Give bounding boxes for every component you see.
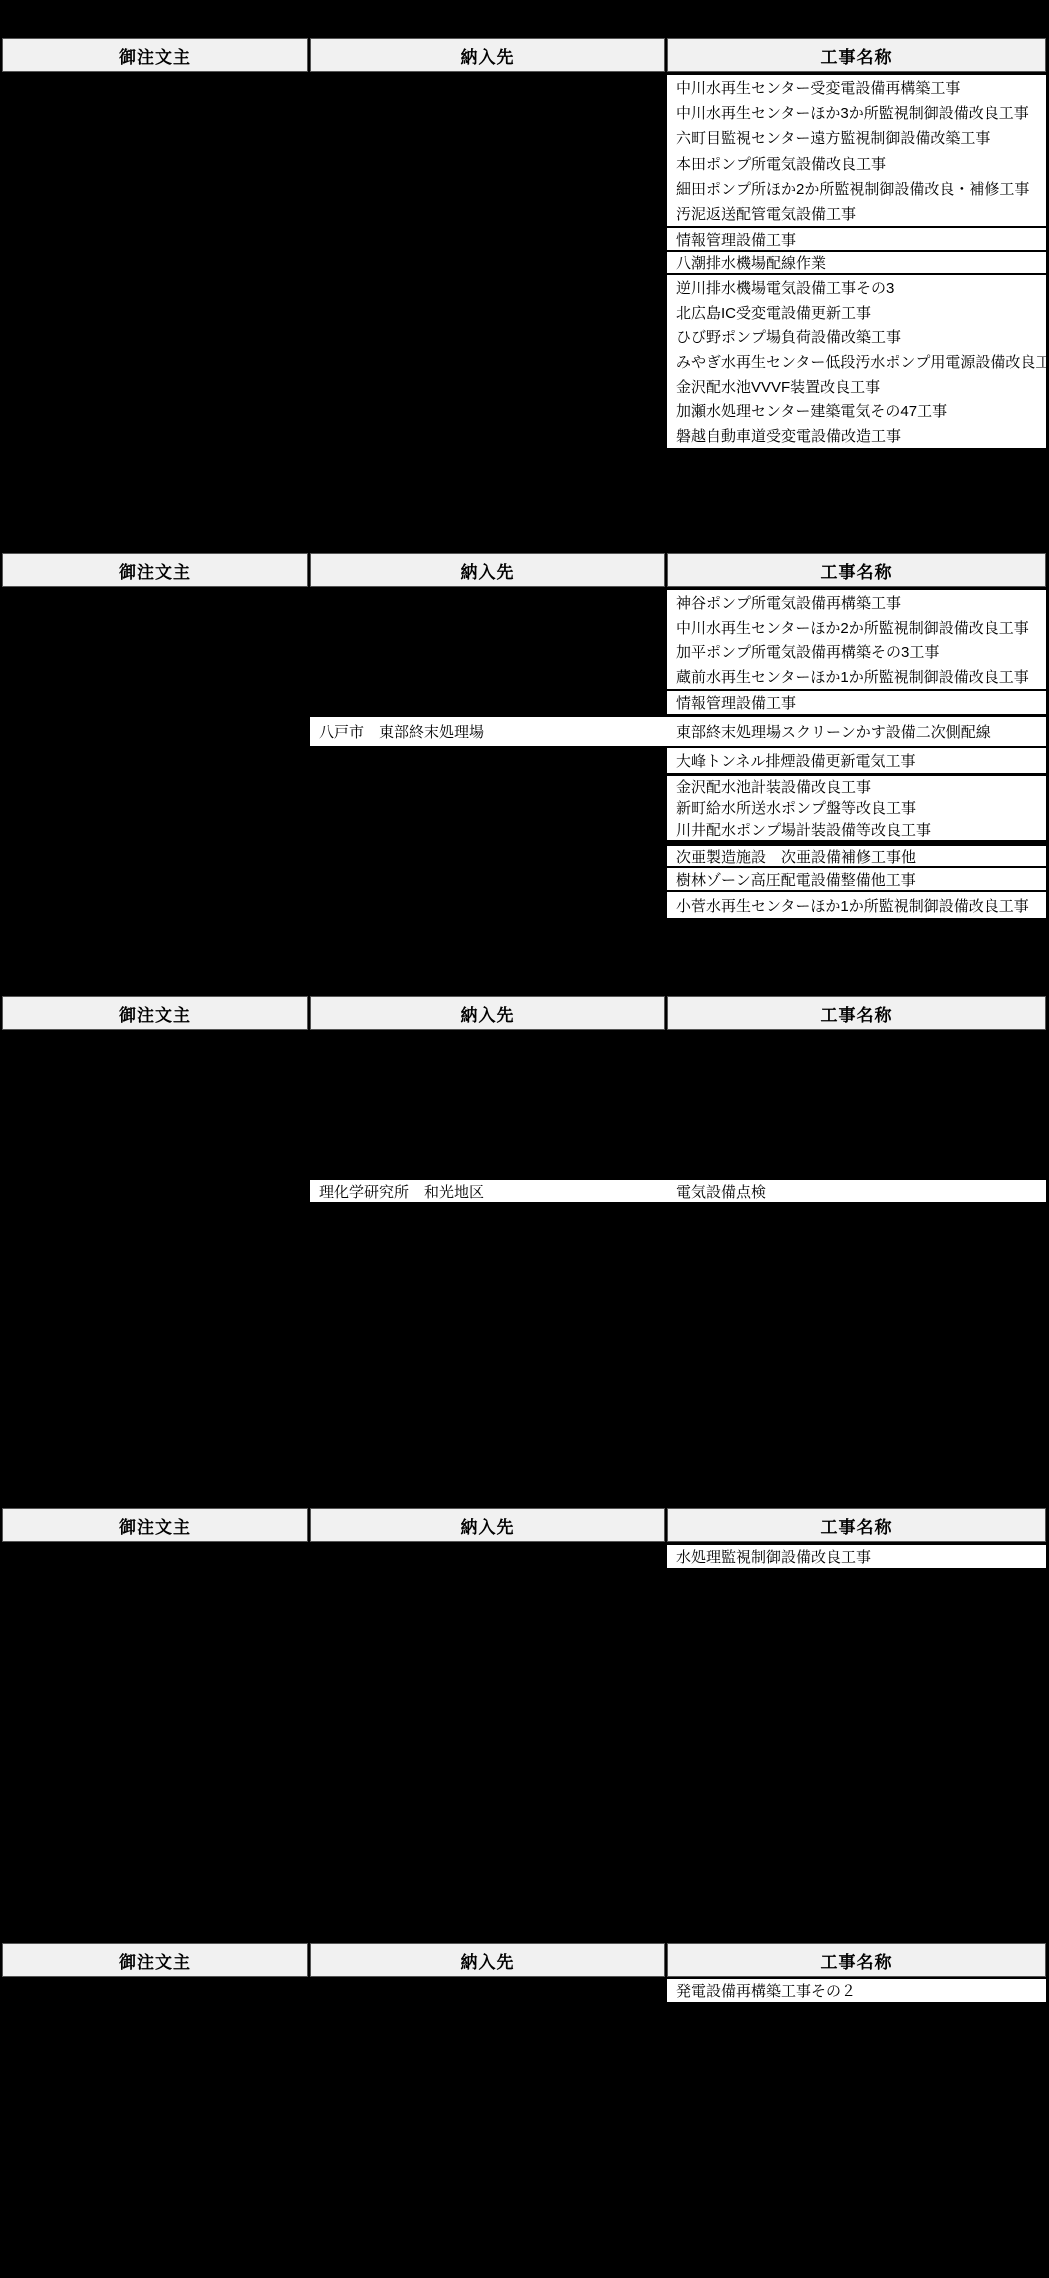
- column-header-project: 工事名称: [667, 1943, 1046, 1977]
- section-3-header-row: 御注文主納入先工事名称: [0, 996, 1049, 1030]
- project-cell-group: 水処理監視制御設備改良工事: [667, 1545, 1046, 1568]
- section-1-header-row: 御注文主納入先工事名称: [0, 38, 1049, 72]
- project-cell-group: 中川水再生センター受変電設備再構築工事中川水再生センターほか3か所監視制御設備改…: [667, 75, 1046, 226]
- project-cell-group: 大峰トンネル排煙設備更新電気工事: [667, 748, 1046, 773]
- project-row[interactable]: 中川水再生センターほか2か所監視制御設備改良工事: [667, 615, 1046, 640]
- project-row[interactable]: 大峰トンネル排煙設備更新電気工事: [667, 748, 1046, 773]
- column-header-client: 御注文主: [2, 553, 308, 587]
- project-row[interactable]: 水処理監視制御設備改良工事: [667, 1545, 1046, 1568]
- project-row[interactable]: 新町給水所送水ポンプ盤等改良工事: [667, 797, 1046, 818]
- project-row[interactable]: 中川水再生センター受変電設備再構築工事: [667, 75, 1046, 100]
- project-row[interactable]: 樹林ゾーン高圧配電設備整備他工事: [667, 868, 1046, 890]
- project-cell-group: 八潮排水機場配線作業: [667, 252, 1046, 273]
- project-row[interactable]: 東部終末処理場スクリーンかす設備二次側配線: [667, 717, 1046, 746]
- project-cell-group: 次亜製造施設 次亜設備補修工事他: [667, 846, 1046, 866]
- project-row[interactable]: 蔵前水再生センターほか1か所監視制御設備改良工事: [667, 664, 1046, 689]
- project-cell-group: 情報管理設備工事: [667, 228, 1046, 250]
- project-row[interactable]: 情報管理設備工事: [667, 691, 1046, 714]
- column-header-project: 工事名称: [667, 996, 1046, 1030]
- project-cell-group: 発電設備再構築工事その２: [667, 1979, 1046, 2002]
- project-row[interactable]: 六町目監視センター遠方監視制御設備改築工事: [667, 125, 1046, 150]
- project-row[interactable]: 情報管理設備工事: [667, 228, 1046, 250]
- project-row[interactable]: ひび野ポンプ場負荷設備改築工事: [667, 324, 1046, 349]
- column-header-project: 工事名称: [667, 38, 1046, 72]
- project-row[interactable]: 金沢配水池VVVF装置改良工事: [667, 374, 1046, 399]
- column-header-delivery: 納入先: [310, 1943, 665, 1977]
- project-row[interactable]: 小菅水再生センターほか1か所監視制御設備改良工事: [667, 892, 1046, 918]
- column-header-client: 御注文主: [2, 1943, 308, 1977]
- column-header-delivery: 納入先: [310, 1508, 665, 1542]
- project-row[interactable]: 八潮排水機場配線作業: [667, 252, 1046, 273]
- project-row[interactable]: 加瀬水処理センター建築電気その47工事: [667, 399, 1046, 424]
- project-row[interactable]: 細田ポンプ所ほか2か所監視制御設備改良・補修工事: [667, 176, 1046, 201]
- column-header-client: 御注文主: [2, 1508, 308, 1542]
- section-5-header-row: 御注文主納入先工事名称: [0, 1943, 1049, 1977]
- column-header-client: 御注文主: [2, 996, 308, 1030]
- project-cell-group: 神谷ポンプ所電気設備再構築工事中川水再生センターほか2か所監視制御設備改良工事加…: [667, 590, 1046, 689]
- column-header-client: 御注文主: [2, 38, 308, 72]
- delivery-cell[interactable]: 八戸市 東部終末処理場: [310, 717, 674, 746]
- project-cell-group: 樹林ゾーン高圧配電設備整備他工事: [667, 868, 1046, 890]
- project-row[interactable]: 本田ポンプ所電気設備改良工事: [667, 151, 1046, 176]
- project-row[interactable]: 発電設備再構築工事その２: [667, 1979, 1046, 2002]
- column-header-project: 工事名称: [667, 553, 1046, 587]
- project-row[interactable]: 神谷ポンプ所電気設備再構築工事: [667, 590, 1046, 615]
- project-row[interactable]: 汚泥返送配管電気設備工事: [667, 201, 1046, 226]
- project-cell-group: 東部終末処理場スクリーンかす設備二次側配線: [667, 717, 1046, 746]
- projects-table-page: 御注文主納入先工事名称中川水再生センター受変電設備再構築工事中川水再生センターほ…: [0, 0, 1049, 2278]
- project-row[interactable]: 北広島IC受変電設備更新工事: [667, 300, 1046, 325]
- project-row[interactable]: 次亜製造施設 次亜設備補修工事他: [667, 846, 1046, 866]
- project-row[interactable]: 金沢配水池計装設備改良工事: [667, 776, 1046, 797]
- project-cell-group: 情報管理設備工事: [667, 691, 1046, 714]
- project-row[interactable]: 中川水再生センターほか3か所監視制御設備改良工事: [667, 100, 1046, 125]
- project-cell-group: 小菅水再生センターほか1か所監視制御設備改良工事: [667, 892, 1046, 918]
- project-row[interactable]: 川井配水ポンプ場計装設備等改良工事: [667, 819, 1046, 840]
- project-row[interactable]: 逆川排水機場電気設備工事その3: [667, 275, 1046, 300]
- section-4-header-row: 御注文主納入先工事名称: [0, 1508, 1049, 1542]
- project-row[interactable]: 加平ポンプ所電気設備再構築その3工事: [667, 640, 1046, 665]
- section-2-header-row: 御注文主納入先工事名称: [0, 553, 1049, 587]
- project-cell-group: 逆川排水機場電気設備工事その3北広島IC受変電設備更新工事ひび野ポンプ場負荷設備…: [667, 275, 1046, 448]
- project-row[interactable]: 電気設備点検: [667, 1180, 1046, 1202]
- project-row[interactable]: 磐越自動車道受変電設備改造工事: [667, 423, 1046, 448]
- project-cell-group: 金沢配水池計装設備改良工事新町給水所送水ポンプ盤等改良工事川井配水ポンプ場計装設…: [667, 776, 1046, 840]
- column-header-project: 工事名称: [667, 1508, 1046, 1542]
- delivery-cell[interactable]: 理化学研究所 和光地区: [310, 1180, 674, 1202]
- column-header-delivery: 納入先: [310, 38, 665, 72]
- project-row[interactable]: みやぎ水再生センター低段汚水ポンプ用電源設備改良工事他: [667, 349, 1046, 374]
- column-header-delivery: 納入先: [310, 553, 665, 587]
- project-cell-group: 電気設備点検: [667, 1180, 1046, 1202]
- column-header-delivery: 納入先: [310, 996, 665, 1030]
